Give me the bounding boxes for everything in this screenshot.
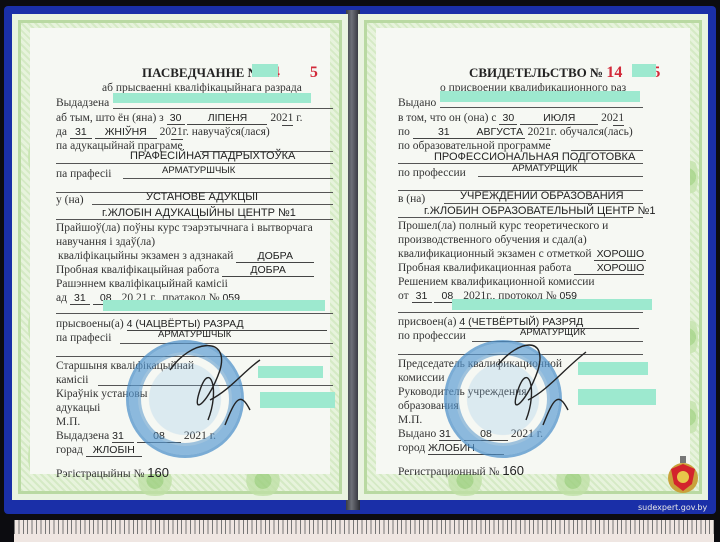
right-issued-to-label: Выдано: [398, 97, 436, 110]
left-decision-label: Рашэннем кваліфікацыйнай камісіі: [56, 278, 228, 291]
redacted-name: [113, 93, 311, 103]
left-registration: Рэгістрацыйны № 160: [56, 466, 169, 481]
right-institution-line1: УЧРЕЖДЕНИИ ОБРАЗОВАНИЯ: [460, 190, 624, 203]
redacted-number: [632, 64, 656, 77]
left-seal-label: М.П.: [56, 416, 80, 429]
field-underline: [92, 204, 333, 205]
right-profession2-label: по профессии: [398, 330, 466, 343]
field-underline: [56, 163, 333, 164]
left-issued-to-label: Выдадзена: [56, 97, 109, 110]
signature: [468, 330, 598, 440]
left-institution-label: у (на): [56, 194, 84, 207]
redacted-protocol-details: [103, 300, 325, 311]
field-underline: [444, 203, 643, 204]
redacted-protocol-details: [452, 299, 652, 310]
left-chair-label-2: камісіі: [56, 374, 88, 387]
left-exam: кваліфікацыйны экзамен з адзнакай ДОБРА: [58, 250, 314, 263]
left-profession-label: па прафесіі: [56, 168, 111, 181]
right-registration: Регистрационный № 160: [398, 464, 524, 479]
left-profession: АРМАТУРШЧЫК: [162, 166, 235, 177]
redacted-number: [252, 64, 278, 77]
field-underline: [123, 178, 333, 179]
left-course-line2: навучання і здаў(ла): [56, 236, 155, 249]
watermark: sudexpert.gov.by: [638, 503, 707, 512]
left-head-label-2: адукацыі: [56, 402, 100, 415]
right-assigned: присвоен(а) 4 (ЧЕТВЁРТЫЙ) РАЗРЯД: [398, 316, 639, 329]
left-program: ПРАФЕСІЙНАЯ ПАДРЫХТОЎКА: [130, 150, 295, 163]
right-institution-line2: г.ЖЛОБИН ОБРАЗОВАТЕЛЬНЫЙ ЦЕНТР №1: [424, 205, 655, 218]
left-period-from: аб тым, што ён (яна) з 30 ЛІПЕНЯ 2021 г.: [56, 112, 303, 126]
left-title: ПАСВЕДЧАННЕ № 145: [142, 64, 318, 82]
left-course-line1: Прайшоў(ла) поўны курс тэарэтычнага і вы…: [56, 222, 313, 235]
field-underline: [113, 108, 333, 109]
right-chair-label-2: комиссии: [398, 372, 444, 385]
left-period-to: да 31 ЖНІЎНЯ 2021г. навучаўся(лася): [56, 126, 270, 140]
right-period-from: в том, что он (она) с 30 ИЮЛЯ 2021: [398, 112, 624, 126]
right-course-line1: Прошел(ла) полный курс теоретического и: [398, 220, 608, 233]
right-institution-label: в (на): [398, 193, 425, 206]
field-underline: [398, 217, 643, 218]
left-trial: Пробная кваліфікацыйная работа ДОБРА: [56, 264, 314, 277]
right-profession-label: по профессии: [398, 167, 466, 180]
field-underline: [440, 107, 643, 108]
right-profession: АРМАТУРЩИК: [512, 164, 578, 175]
right-period-to: по 31АВГУСТА 2021г. обучался(лась): [398, 126, 633, 140]
left-city: горад ЖЛОБІН: [56, 444, 142, 457]
right-trial: Пробная квалификационная работа ХОРОШО: [398, 262, 644, 275]
redacted-name: [440, 91, 640, 102]
field-underline: [56, 313, 333, 314]
signature: [150, 330, 280, 440]
measurement-ruler: [14, 520, 714, 542]
field-underline: [398, 312, 643, 313]
right-program: ПРОФЕССИОНАЛЬНАЯ ПОДГОТОВКА: [434, 151, 635, 164]
right-seal-label: М.П.: [398, 414, 422, 427]
right-exam: квалификационный экзамен с отметкой ХОРО…: [398, 248, 646, 261]
left-institution-line2: г.ЖЛОБІН АДУКАЦЫЙНЫ ЦЕНТР №1: [102, 207, 296, 220]
right-decision-label: Решением квалификационной комиссии: [398, 276, 595, 289]
forensic-emblem-icon: [666, 454, 700, 494]
field-underline: [56, 219, 333, 220]
left-institution-line1: УСТАНОВЕ АДУКЦЫІ: [146, 191, 258, 204]
left-profession2-label: па прафесіі: [56, 332, 111, 345]
field-underline: [478, 176, 643, 177]
right-course-line2: производственного обучения и сдал(а): [398, 234, 587, 247]
